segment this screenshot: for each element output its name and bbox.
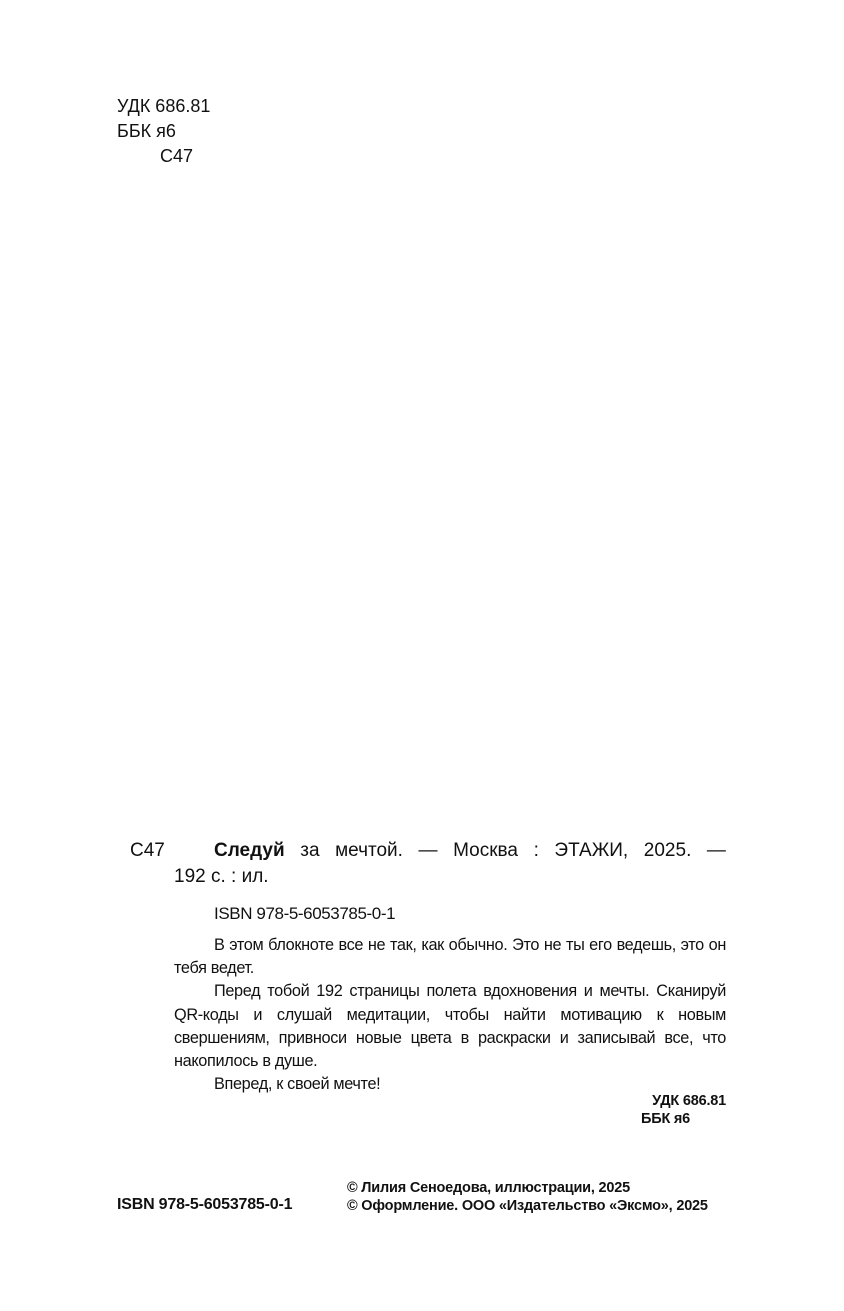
- entry-word: ЭТАЖИ,: [554, 840, 628, 862]
- top-bbk-code: ББК я6: [117, 119, 176, 144]
- entry-word: :: [534, 840, 539, 862]
- entry-isbn: ISBN 978-5-6053785-0-1: [214, 904, 395, 924]
- annotation-paragraph: В этом блокноте все не так, как обычно. …: [174, 934, 726, 980]
- annotation-paragraph: Вперед, к своей мечте!: [174, 1073, 726, 1096]
- entry-word: Москва: [453, 840, 518, 862]
- entry-word: —: [707, 840, 726, 862]
- bottom-bbk-code: ББК я6: [641, 1111, 690, 1127]
- annotation: В этом блокноте все не так, как обычно. …: [174, 934, 726, 1096]
- entry-word: 2025.: [644, 840, 692, 862]
- top-author-mark: С47: [160, 144, 193, 169]
- top-udk-code: УДК 686.81: [117, 94, 210, 119]
- bottom-isbn: ISBN 978-5-6053785-0-1: [117, 1196, 292, 1214]
- book-title-bold: Следуй: [214, 840, 285, 862]
- copyright-design: © Оформление. ООО «Издательство «Эксмо»,…: [347, 1198, 708, 1214]
- bottom-udk-code: УДК 686.81: [652, 1093, 726, 1109]
- entry-author-mark: С47: [130, 840, 165, 862]
- entry-word: за: [300, 840, 319, 862]
- bibliographic-entry-line2: 192 с. : ил.: [174, 866, 269, 888]
- annotation-paragraph: Перед тобой 192 страницы полета вдохнове…: [174, 980, 726, 1073]
- entry-word: мечтой.: [335, 840, 403, 862]
- entry-word: —: [419, 840, 438, 862]
- bibliographic-entry-line1: Следуй за мечтой. — Москва : ЭТАЖИ, 2025…: [214, 840, 726, 862]
- copyright-illustrations: © Лилия Сеноедова, иллюстрации, 2025: [347, 1180, 630, 1196]
